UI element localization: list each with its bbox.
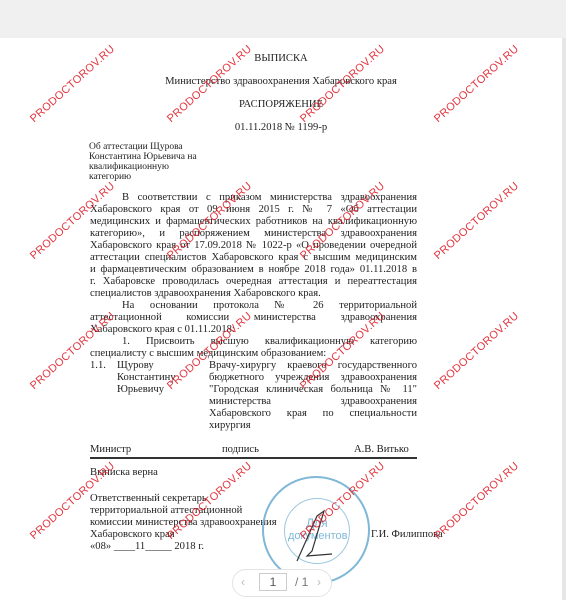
subject-line: Константина Юрьевича на (89, 152, 197, 162)
signature-name: А.В. Витько (354, 444, 409, 456)
item-desc-line: "Городская клиническая больница № 11" (209, 384, 417, 396)
body-line: специалистов здравоохранения Хабаровског… (90, 288, 321, 300)
item-name-line: Щурову (117, 360, 154, 372)
body-line: медицинских и фармацевтических работнико… (90, 216, 417, 228)
date-line: «08» ____11_____ 2018 г. (90, 541, 204, 553)
body-line: г. Хабаровске проводилась очередная атте… (90, 276, 417, 288)
body-line: и фармацевтическим образованием в ноябре… (90, 264, 417, 276)
page-scrollbar-edge[interactable] (562, 38, 566, 600)
signature-placeholder: подпись (222, 444, 259, 456)
doc-header-title: ВЫПИСКА (0, 53, 562, 65)
item-desc-line: министерства здравоохранения (209, 396, 417, 408)
secretary-line: Хабаровского края (90, 529, 175, 541)
item-number: 1.1. (90, 360, 106, 372)
next-page-button[interactable]: › (317, 575, 321, 589)
doc-type: РАСПОРЯЖЕНИЕ (0, 99, 562, 111)
secretary-line: Ответственный секретарь (90, 493, 207, 505)
page-total: / 1 (295, 575, 308, 589)
signature-role: Министр (90, 444, 131, 456)
prev-page-button[interactable]: ‹ (241, 575, 245, 589)
body-line: категорию», и распоряжением министерства… (90, 228, 417, 240)
subject-line: квалификационную (89, 162, 169, 172)
item-desc-line: хирургия (209, 420, 251, 432)
page-navigator: ‹ / 1 › (232, 569, 332, 597)
signature-divider (90, 457, 417, 459)
body-line: Хабаровского края с 01.11.2018: (90, 324, 235, 336)
body-line: аттестации специалистов Хабаровского кра… (90, 252, 417, 264)
secretary-line: территориальной аттестационной (90, 505, 242, 517)
page-number-input[interactable] (259, 573, 287, 591)
body-line: 1. Присвоить высшую квалификационную кат… (122, 336, 417, 348)
item-name-line: Юрьевичу (117, 384, 164, 396)
subject-line: Об аттестации Щурова (89, 142, 183, 152)
doc-date-number: 01.11.2018 № 1199-р (0, 122, 562, 134)
body-line: Хабаровского края от 17.09.2018 № 1022-р… (90, 240, 417, 252)
item-desc-line: Хабаровского края по специальности (209, 408, 417, 420)
secretary-name: Г.И. Филиппова (371, 529, 443, 541)
body-line: На основании протокола № 26 территориаль… (122, 300, 417, 312)
